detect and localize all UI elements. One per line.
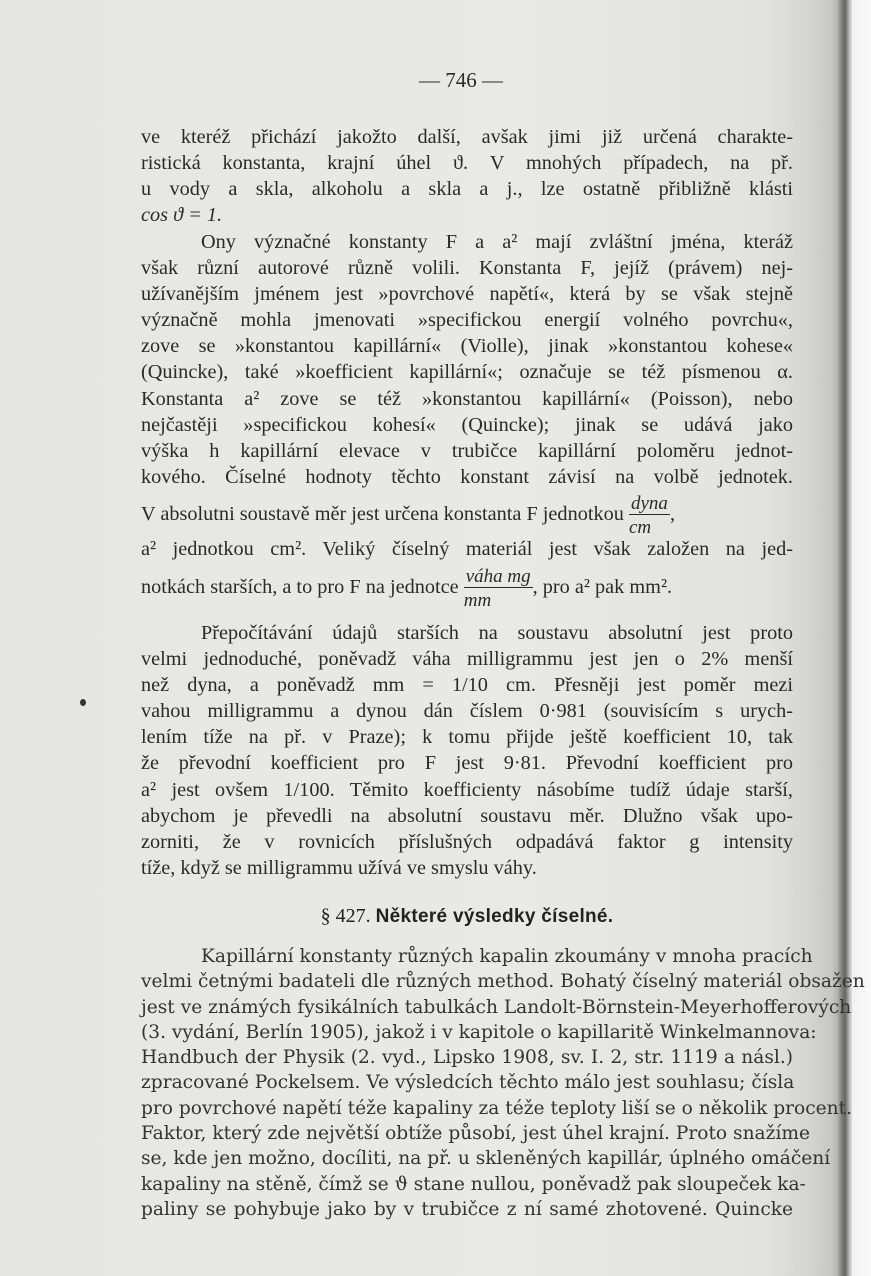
comma: , xyxy=(670,503,675,525)
text-line: velmi jednoduché, poněvadž váha milligra… xyxy=(141,646,793,672)
paragraph-2: Ony význačné konstanty F a a² mají zvláš… xyxy=(141,229,793,490)
section-heading: § 427. Některé výsledky číselné. xyxy=(141,905,793,928)
text-line: Přepočítávání údajů starších na soustavu… xyxy=(141,620,793,646)
text-line: význačně mohla jmenovati »specifickou en… xyxy=(141,307,793,333)
page-number: — 746 — xyxy=(0,68,871,93)
text-line: ristická konstanta, krajní úhel ϑ. V mno… xyxy=(141,150,793,176)
text-line: V absolutni soustavě měr jest určena kon… xyxy=(141,492,793,536)
text-line: se, kde jen možno, docíliti, na př. u sk… xyxy=(141,1146,793,1171)
text-line: (Quincke), také »koefficient kapillární«… xyxy=(141,359,793,385)
fraction-denominator: mm xyxy=(464,588,533,610)
paragraph-4: Přepočítávání údajů starších na soustavu… xyxy=(141,620,793,881)
text-line: u vody a skla, alkoholu a skla a j., lze… xyxy=(141,176,793,202)
text-line: Konstanta a² zove se též »konstantou kap… xyxy=(141,386,793,412)
ink-speck xyxy=(80,699,86,706)
paragraph-5: Kapillární konstanty různých kapalin zko… xyxy=(141,944,793,1222)
text-line: ve kteréž přichází jakožto další, avšak … xyxy=(141,124,793,150)
text-line: nejčastěji »specifickou kohesí« (Quincke… xyxy=(141,412,793,438)
text-line: (3. vydání, Berlín 1905), jakož i v kapi… xyxy=(141,1020,793,1045)
text-line: užívanějším jménem jest »povrchové napět… xyxy=(141,281,793,307)
section-title: Některé výsledky číselné. xyxy=(376,906,614,927)
fraction-denominator: cm xyxy=(629,515,670,537)
fraction-numerator: dyna xyxy=(629,494,670,515)
text-line: a² jest ovšem 1/100. Těmito koefficienty… xyxy=(141,777,793,803)
text-line: notkách starších, a to pro F na jednotce… xyxy=(141,562,793,612)
text-line: abychom je převedli na absolutní soustav… xyxy=(141,803,793,829)
text-line: a² jednotkou cm². Veliký číselný materiá… xyxy=(141,536,793,562)
text-line: Kapillární konstanty různých kapalin zko… xyxy=(141,944,793,969)
fraction-numerator: váha mg xyxy=(464,567,533,588)
text-line: lením tíže na př. v Praze); k tomu přijd… xyxy=(141,724,793,750)
text-line: že převodní koefficient pro F jest 9·81.… xyxy=(141,750,793,776)
text-line: paliny se pohybuje jako by v trubičce z … xyxy=(141,1197,793,1222)
text-span: V absolutni soustavě měr jest určena kon… xyxy=(141,503,624,525)
text-span: , pro a² pak mm². xyxy=(533,576,672,598)
text-line: Ony význačné konstanty F a a² mají zvláš… xyxy=(141,229,793,255)
unit-fraction-dyna-cm: dyna cm xyxy=(629,494,670,537)
text-line: zorniti, že v rovnicích příslušných odpa… xyxy=(141,829,793,855)
paragraph-3: V absolutni soustavě měr jest určena kon… xyxy=(141,492,793,612)
text-line: kapaliny na stěně, čímž se ϑ stane nullo… xyxy=(141,1172,793,1197)
text-line: zpracované Pockelsem. Ve výsledcích těch… xyxy=(141,1070,793,1095)
text-line: jest ve známých fysikálních tabulkách La… xyxy=(141,995,793,1020)
text-line: velmi četnými badateli dle různých metho… xyxy=(141,969,793,994)
text-span: notkách starších, a to pro F na jednotce xyxy=(141,576,459,598)
paragraph-1: ve kteréž přichází jakožto další, avšak … xyxy=(141,124,793,228)
text-line: vahou milligrammu a dynou dán číslem 0·9… xyxy=(141,698,793,724)
scanned-page: — 746 — ve kteréž přichází jakožto další… xyxy=(0,0,871,1276)
unit-fraction-vaha-mg-mm: váha mg mm xyxy=(464,567,533,610)
text-line: cos ϑ = 1. xyxy=(141,202,793,228)
text-line: kového. Číselné hodnoty těchto konstant … xyxy=(141,464,793,490)
text-line: zove se »konstantou kapillární« (Violle)… xyxy=(141,333,793,359)
text-line: však různí autorové různě volili. Konsta… xyxy=(141,255,793,281)
text-line: výška h kapillární elevace v trubičce ka… xyxy=(141,438,793,464)
text-line: tíže, když se milligrammu užívá ve smysl… xyxy=(141,855,793,881)
text-line: Faktor, který zde největší obtíže působí… xyxy=(141,1121,793,1146)
text-line: než dyna, a poněvadž mm = 1/10 cm. Přesn… xyxy=(141,672,793,698)
page-edge-shadow xyxy=(838,0,852,1276)
section-number: § 427. xyxy=(321,905,371,927)
text-line: Handbuch der Physik (2. vyd., Lipsko 190… xyxy=(141,1045,793,1070)
text-line: pro povrchové napětí téže kapaliny za té… xyxy=(141,1096,793,1121)
